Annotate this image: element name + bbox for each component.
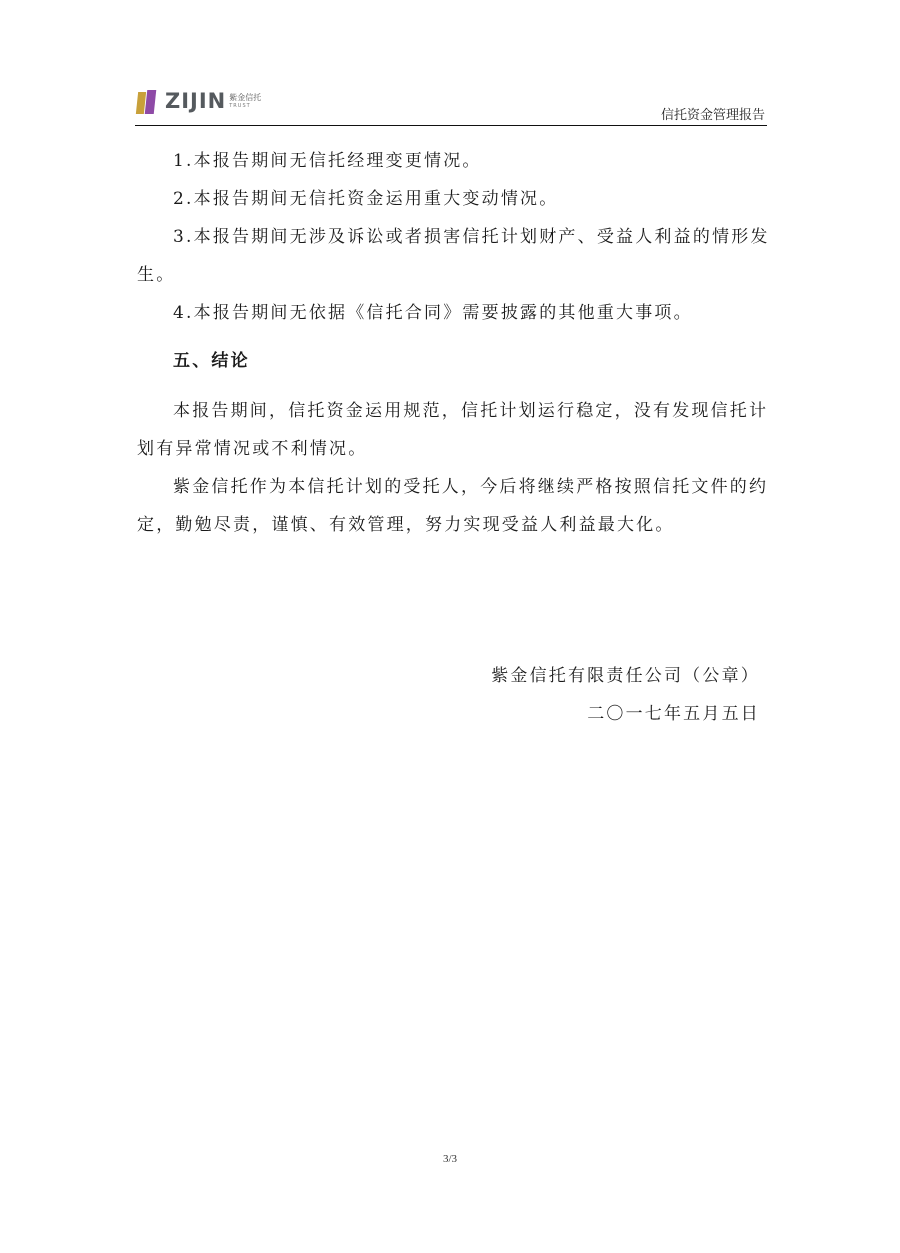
- page-number: 3/3: [0, 1153, 900, 1165]
- header-divider: [135, 125, 767, 126]
- signature-block: 紫金信托有限责任公司（公章） 二〇一七年五月五日: [491, 657, 760, 733]
- section-heading: 五、结论: [137, 342, 772, 380]
- document-body: 1.本报告期间无信托经理变更情况。 2.本报告期间无信托资金运用重大变动情况。 …: [137, 142, 772, 544]
- list-item: 2.本报告期间无信托资金运用重大变动情况。: [137, 180, 772, 218]
- logo-mark-icon: [135, 88, 159, 114]
- list-item: 1.本报告期间无信托经理变更情况。: [137, 142, 772, 180]
- list-item: 3.本报告期间无涉及诉讼或者损害信托计划财产、受益人利益的情形发生。: [137, 218, 772, 294]
- conclusion-paragraph: 本报告期间，信托资金运用规范，信托计划运行稳定，没有发现信托计划有异常情况或不利…: [137, 392, 772, 468]
- signature-company: 紫金信托有限责任公司（公章）: [491, 657, 760, 695]
- list-item: 4.本报告期间无依据《信托合同》需要披露的其他重大事项。: [137, 294, 772, 332]
- logo-cn-name: 紫金信托: [229, 94, 261, 102]
- signature-date: 二〇一七年五月五日: [491, 695, 760, 733]
- logo-wordmark: ZIJIN: [165, 89, 226, 113]
- logo-en-sub: TRUST: [229, 104, 261, 109]
- page-header: ZIJIN 紫金信托 TRUST 信托资金管理报告: [135, 80, 767, 130]
- conclusion-paragraph: 紫金信托作为本信托计划的受托人，今后将继续严格按照信托文件的约定，勤勉尽责，谨慎…: [137, 468, 772, 544]
- header-title: 信托资金管理报告: [661, 104, 765, 123]
- company-logo: ZIJIN 紫金信托 TRUST: [135, 86, 261, 116]
